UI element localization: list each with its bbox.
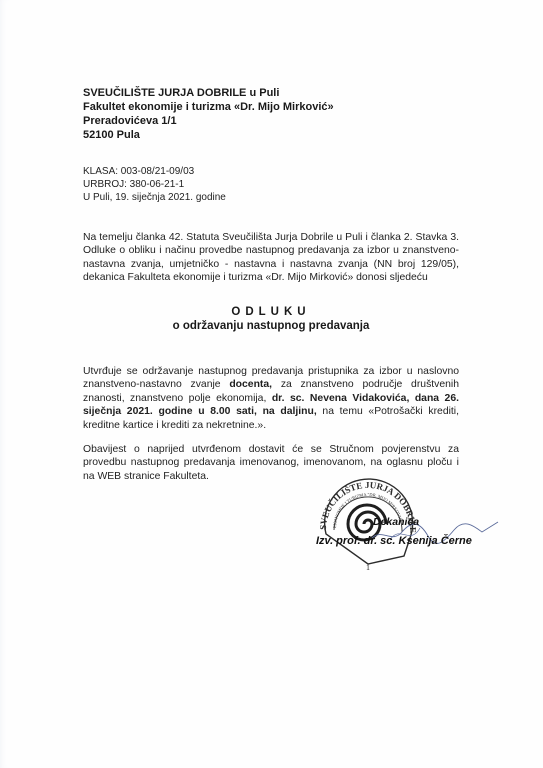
university-name: SVEUČILIŠTE JURJA DOBRILE u Puli <box>83 86 334 100</box>
signer-name: Izv. prof. dr. sc. Ksenija Černe <box>316 535 472 547</box>
document-page: SVEUČILIŠTE JURJA DOBRILE u Puli Fakulte… <box>0 0 543 768</box>
decision-body-paragraph: Utvrđuje se održavanje nastupnog predava… <box>83 365 459 432</box>
decision-subtitle: o održavanju nastupnog predavanja <box>83 320 459 332</box>
klasa: KLASA: 003-08/21-09/03 <box>83 165 226 178</box>
body-bold-rank: docenta, <box>229 379 272 390</box>
signer-role: Dekanica <box>373 516 419 528</box>
place-date: U Puli, 19. siječnja 2021. godine <box>83 191 226 204</box>
street-address: Preradovićeva 1/1 <box>83 114 334 128</box>
city-address: 52100 Pula <box>83 128 334 142</box>
decision-title: ODLUKU <box>83 306 459 318</box>
reference-block: KLASA: 003-08/21-09/03 URBROJ: 380-06-21… <box>83 165 226 204</box>
letterhead: SVEUČILIŠTE JURJA DOBRILE u Puli Fakulte… <box>83 86 334 142</box>
stamp-number: 1 <box>366 563 370 572</box>
preamble-paragraph: Na temelju članka 42. Statuta Sveučilišt… <box>83 231 459 285</box>
faculty-name: Fakultet ekonomije i turizma «Dr. Mijo M… <box>83 100 334 114</box>
urbroj: URBROJ: 380-06-21-1 <box>83 178 226 191</box>
